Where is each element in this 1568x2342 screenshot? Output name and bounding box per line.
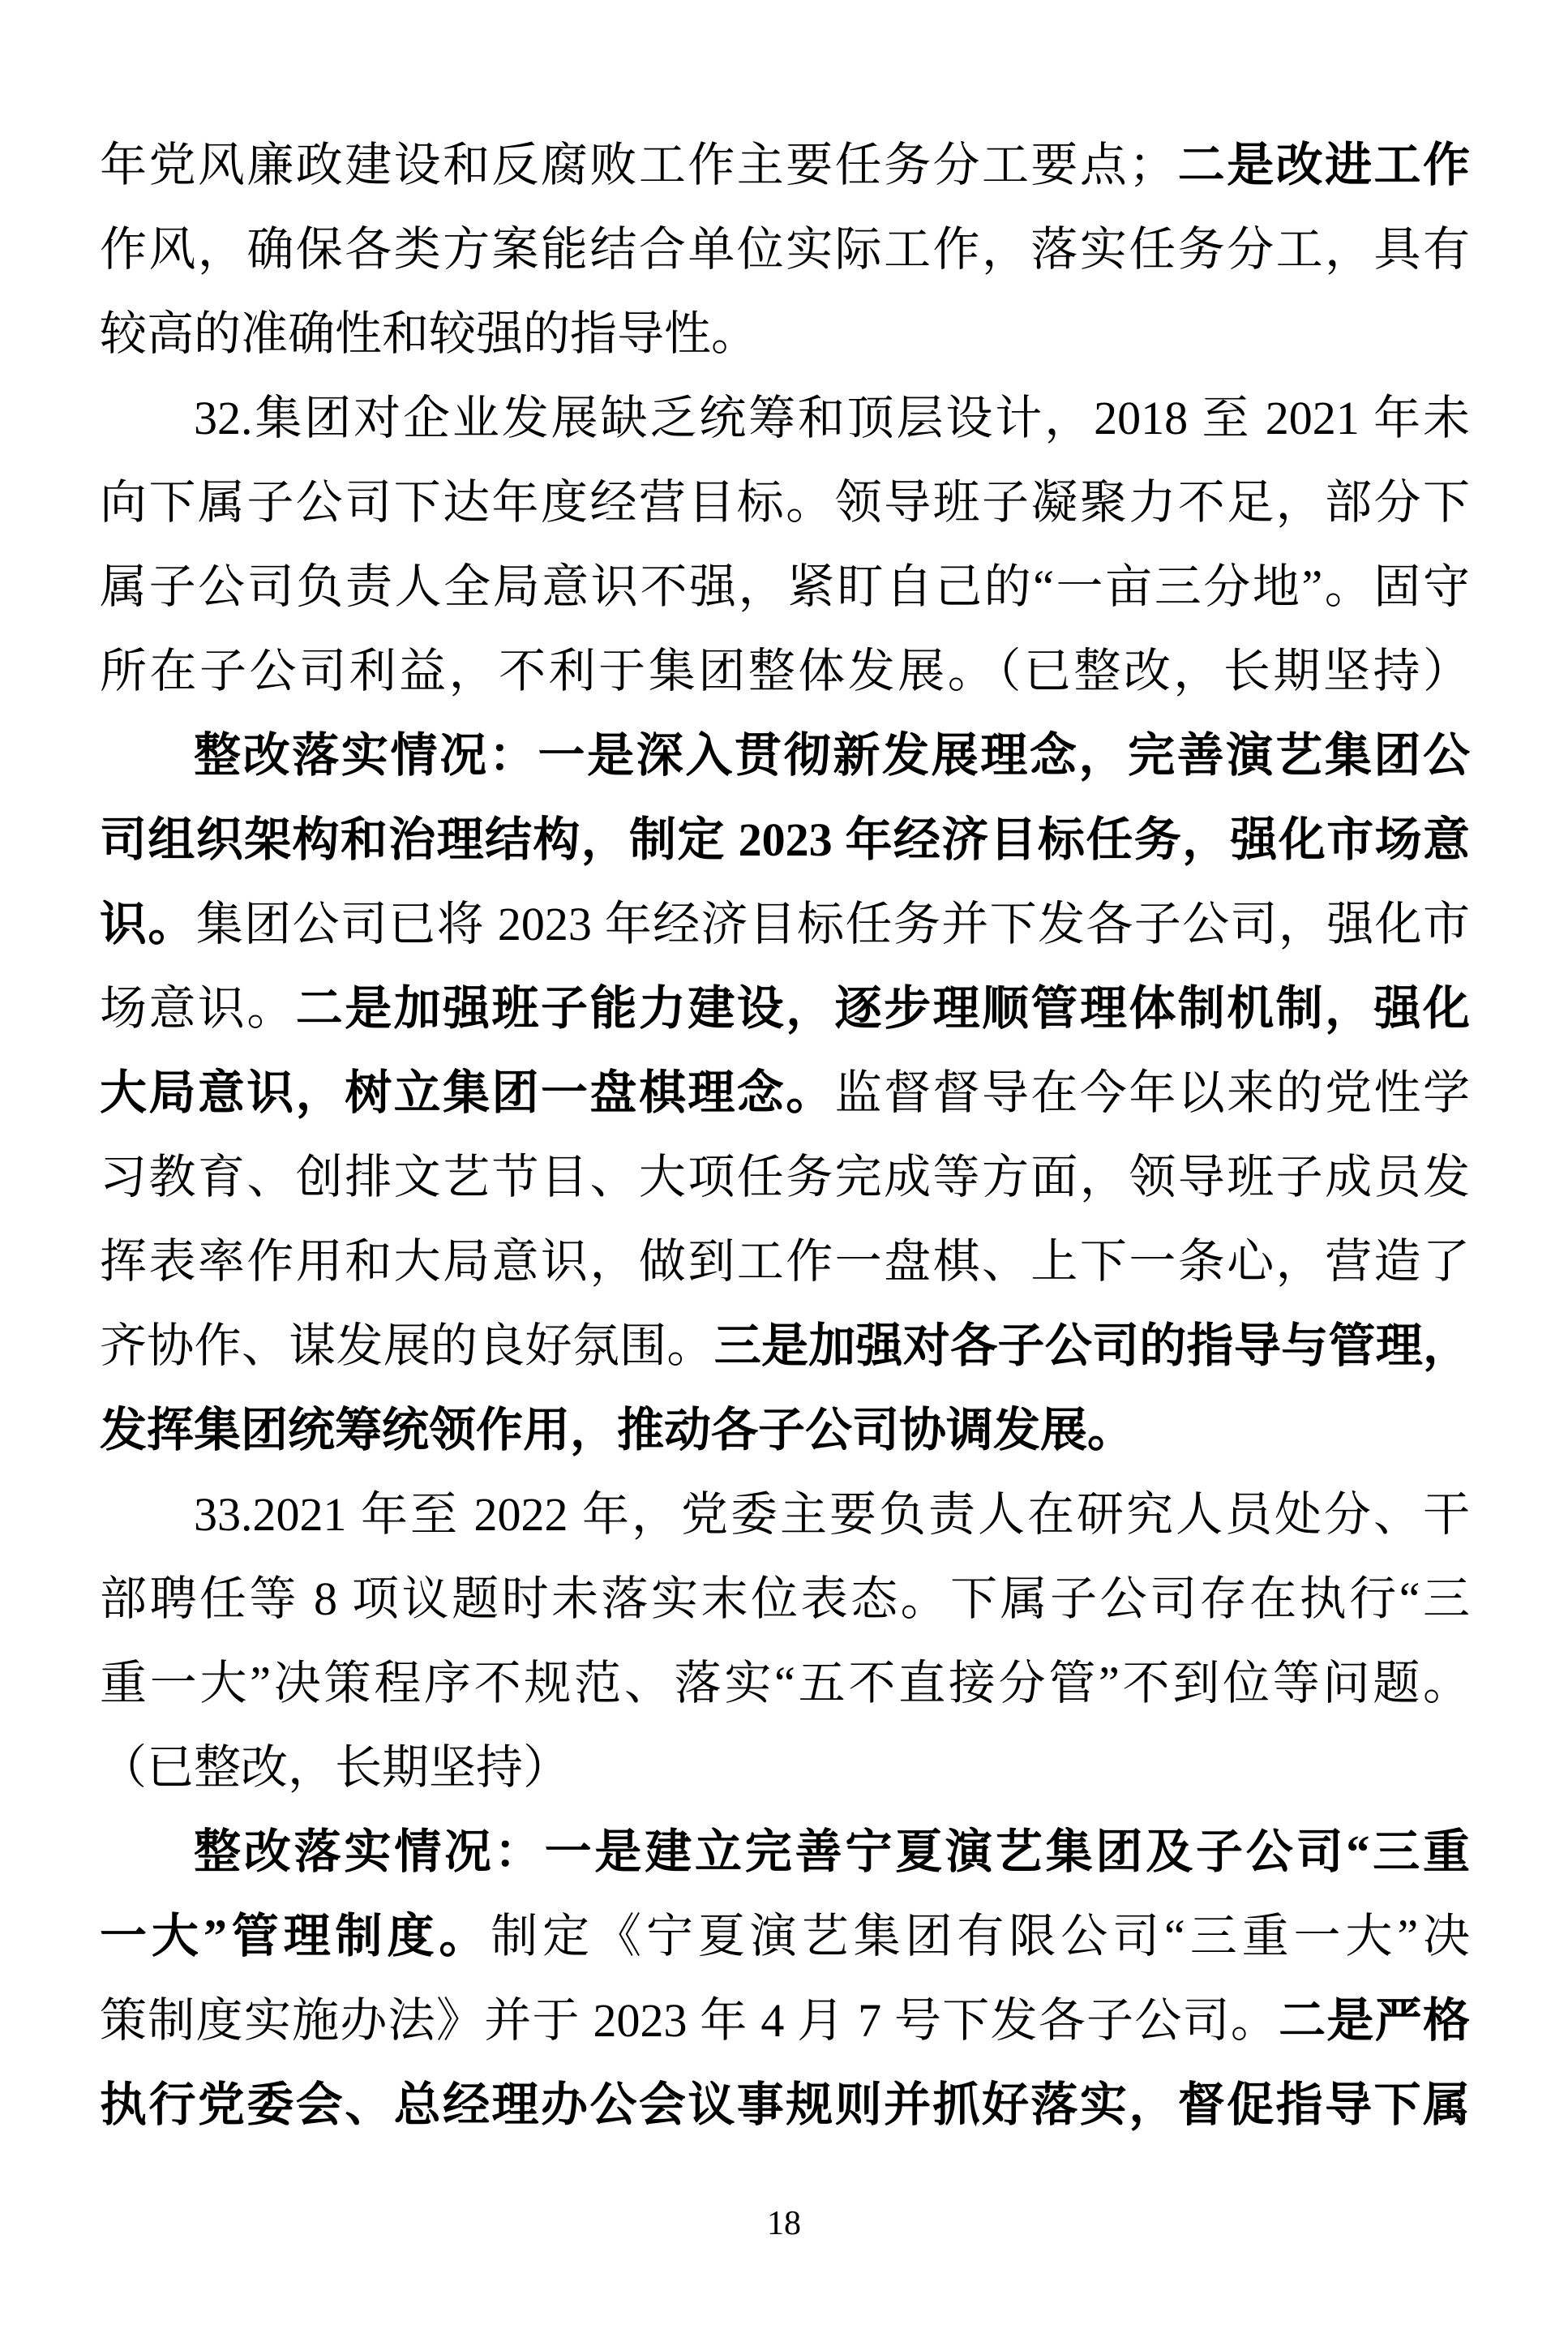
text-line: 属子公司负责人全局意识不强，紧盯自己的“一亩三分地”。固守	[100, 545, 1470, 629]
text-run: 部聘任等 8 项议题时未落实末位表态。下属子公司存在执行“三	[100, 1572, 1470, 1625]
text-line: 年党风廉政建设和反腐败工作主要任务分工要点；二是改进工作	[100, 123, 1470, 208]
text-line: 部聘任等 8 项议题时未落实末位表态。下属子公司存在执行“三	[100, 1557, 1470, 1641]
text-run: 所在子公司利益，不利于集团整体发展。（已整改，长期坚持）	[100, 645, 1470, 697]
page-number: 18	[0, 2206, 1568, 2241]
text-line: 识。集团公司已将 2023 年经济目标任务并下发各子公司，强化市	[100, 882, 1470, 967]
text-run: 属子公司负责人全局意识不强，紧盯自己的“一亩三分地”。固守	[100, 560, 1470, 613]
text-line: 较高的准确性和较强的指导性。	[100, 292, 1470, 376]
text-line: 场意识。二是加强班子能力建设，逐步理顺管理体制机制，强化	[100, 967, 1470, 1051]
text-line: 执行党委会、总经理办公会议事规则并抓好落实，督促指导下属	[100, 2063, 1470, 2147]
document-page: 年党风廉政建设和反腐败工作主要任务分工要点；二是改进工作作风，确保各类方案能结合…	[0, 0, 1568, 2342]
text-run-bold: 大局意识，树立集团一盘棋理念。	[100, 1066, 835, 1119]
text-run: 32.集团对企业发展缺乏统筹和顶层设计，2018 至 2021 年未	[194, 392, 1470, 444]
text-run: 场意识。	[100, 982, 296, 1035]
text-run-bold: 一大”管理制度。	[100, 1910, 491, 1962]
text-run: 较高的准确性和较强的指导性。	[100, 307, 758, 360]
text-run: 监督督导在今年以来的党性学	[835, 1066, 1470, 1119]
text-line: 司组织架构和治理结构，制定 2023 年经济目标任务，强化市场意	[100, 798, 1470, 882]
text-line: 所在子公司利益，不利于集团整体发展。（已整改，长期坚持）	[100, 629, 1470, 714]
text-run: 习教育、创排文艺节目、大项任务完成等方面，领导班子成员发	[100, 1151, 1470, 1203]
text-run-bold: 司组织架构和治理结构，制定 2023 年经济目标任务，强化市场意	[100, 813, 1470, 866]
text-run-bold: 执行党委会、总经理办公会议事规则并抓好落实，督促指导下属	[100, 2078, 1470, 2131]
text-run-bold: 整改落实情况：一是深入贯彻新发展理念，完善演艺集团公	[194, 729, 1470, 782]
text-line: 大局意识，树立集团一盘棋理念。监督督导在今年以来的党性学	[100, 1051, 1470, 1135]
text-run: 33.2021 年至 2022 年，党委主要负责人在研究人员处分、干	[194, 1488, 1470, 1541]
text-line: 策制度实施办法》并于 2023 年 4 月 7 号下发各子公司。二是严格	[100, 1979, 1470, 2063]
text-run-bold: 二是严格	[1279, 1994, 1470, 2047]
text-run: 齐协作、谋发展的良好氛围。	[100, 1319, 714, 1372]
text-run: 制定《宁夏演艺集团有限公司“三重一大”决	[491, 1910, 1470, 1962]
text-run: 向下属子公司下达年度经营目标。领导班子凝聚力不足，部分下	[100, 476, 1470, 529]
text-line: 整改落实情况：一是建立完善宁夏演艺集团及子公司“三重	[100, 1810, 1470, 1894]
text-run: 重一大”决策程序不规范、落实“五不直接分管”不到位等问题。	[100, 1657, 1470, 1709]
text-run: （已整改，长期坚持）	[100, 1741, 570, 1794]
text-line: 整改落实情况：一是深入贯彻新发展理念，完善演艺集团公	[100, 714, 1470, 798]
text-run: 策制度实施办法》并于 2023 年 4 月 7 号下发各子公司。	[100, 1994, 1279, 2047]
text-run: 集团公司已将 2023 年经济目标任务并下发各子公司，强化市	[196, 898, 1470, 950]
text-line: 重一大”决策程序不规范、落实“五不直接分管”不到位等问题。	[100, 1641, 1470, 1726]
text-run-bold: 二是改进工作	[1176, 139, 1470, 191]
text-line: 32.集团对企业发展缺乏统筹和顶层设计，2018 至 2021 年未	[100, 376, 1470, 461]
text-line: 发挥集团统筹统领作用，推动各子公司协调发展。	[100, 1388, 1470, 1473]
text-run: 作风，确保各类方案能结合单位实际工作，落实任务分工，具有	[100, 223, 1470, 276]
text-line: 作风，确保各类方案能结合单位实际工作，落实任务分工，具有	[100, 208, 1470, 292]
text-line: 齐协作、谋发展的良好氛围。三是加强对各子公司的指导与管理，	[100, 1304, 1470, 1388]
text-run-bold: 发挥集团统筹统领作用，推动各子公司协调发展。	[100, 1404, 1134, 1456]
document-body: 年党风廉政建设和反腐败工作主要任务分工要点；二是改进工作作风，确保各类方案能结合…	[100, 123, 1470, 2147]
text-run-bold: 整改落实情况：一是建立完善宁夏演艺集团及子公司“三重	[194, 1825, 1470, 1878]
text-line: 习教育、创排文艺节目、大项任务完成等方面，领导班子成员发	[100, 1135, 1470, 1220]
text-line: 一大”管理制度。制定《宁夏演艺集团有限公司“三重一大”决	[100, 1894, 1470, 1979]
text-run-bold: 二是加强班子能力建设，逐步理顺管理体制机制，强化	[296, 982, 1470, 1035]
text-line: 挥表率作用和大局意识，做到工作一盘棋、上下一条心，营造了	[100, 1220, 1470, 1304]
text-line: （已整改，长期坚持）	[100, 1726, 1470, 1810]
text-run-bold: 识。	[100, 898, 196, 950]
text-line: 33.2021 年至 2022 年，党委主要负责人在研究人员处分、干	[100, 1473, 1470, 1557]
text-line: 向下属子公司下达年度经营目标。领导班子凝聚力不足，部分下	[100, 461, 1470, 545]
text-run: 年党风廉政建设和反腐败工作主要任务分工要点；	[100, 139, 1176, 191]
text-run: 挥表率作用和大局意识，做到工作一盘棋、上下一条心，营造了	[100, 1235, 1470, 1288]
text-run-bold: 三是加强对各子公司的指导与管理，	[714, 1319, 1470, 1372]
